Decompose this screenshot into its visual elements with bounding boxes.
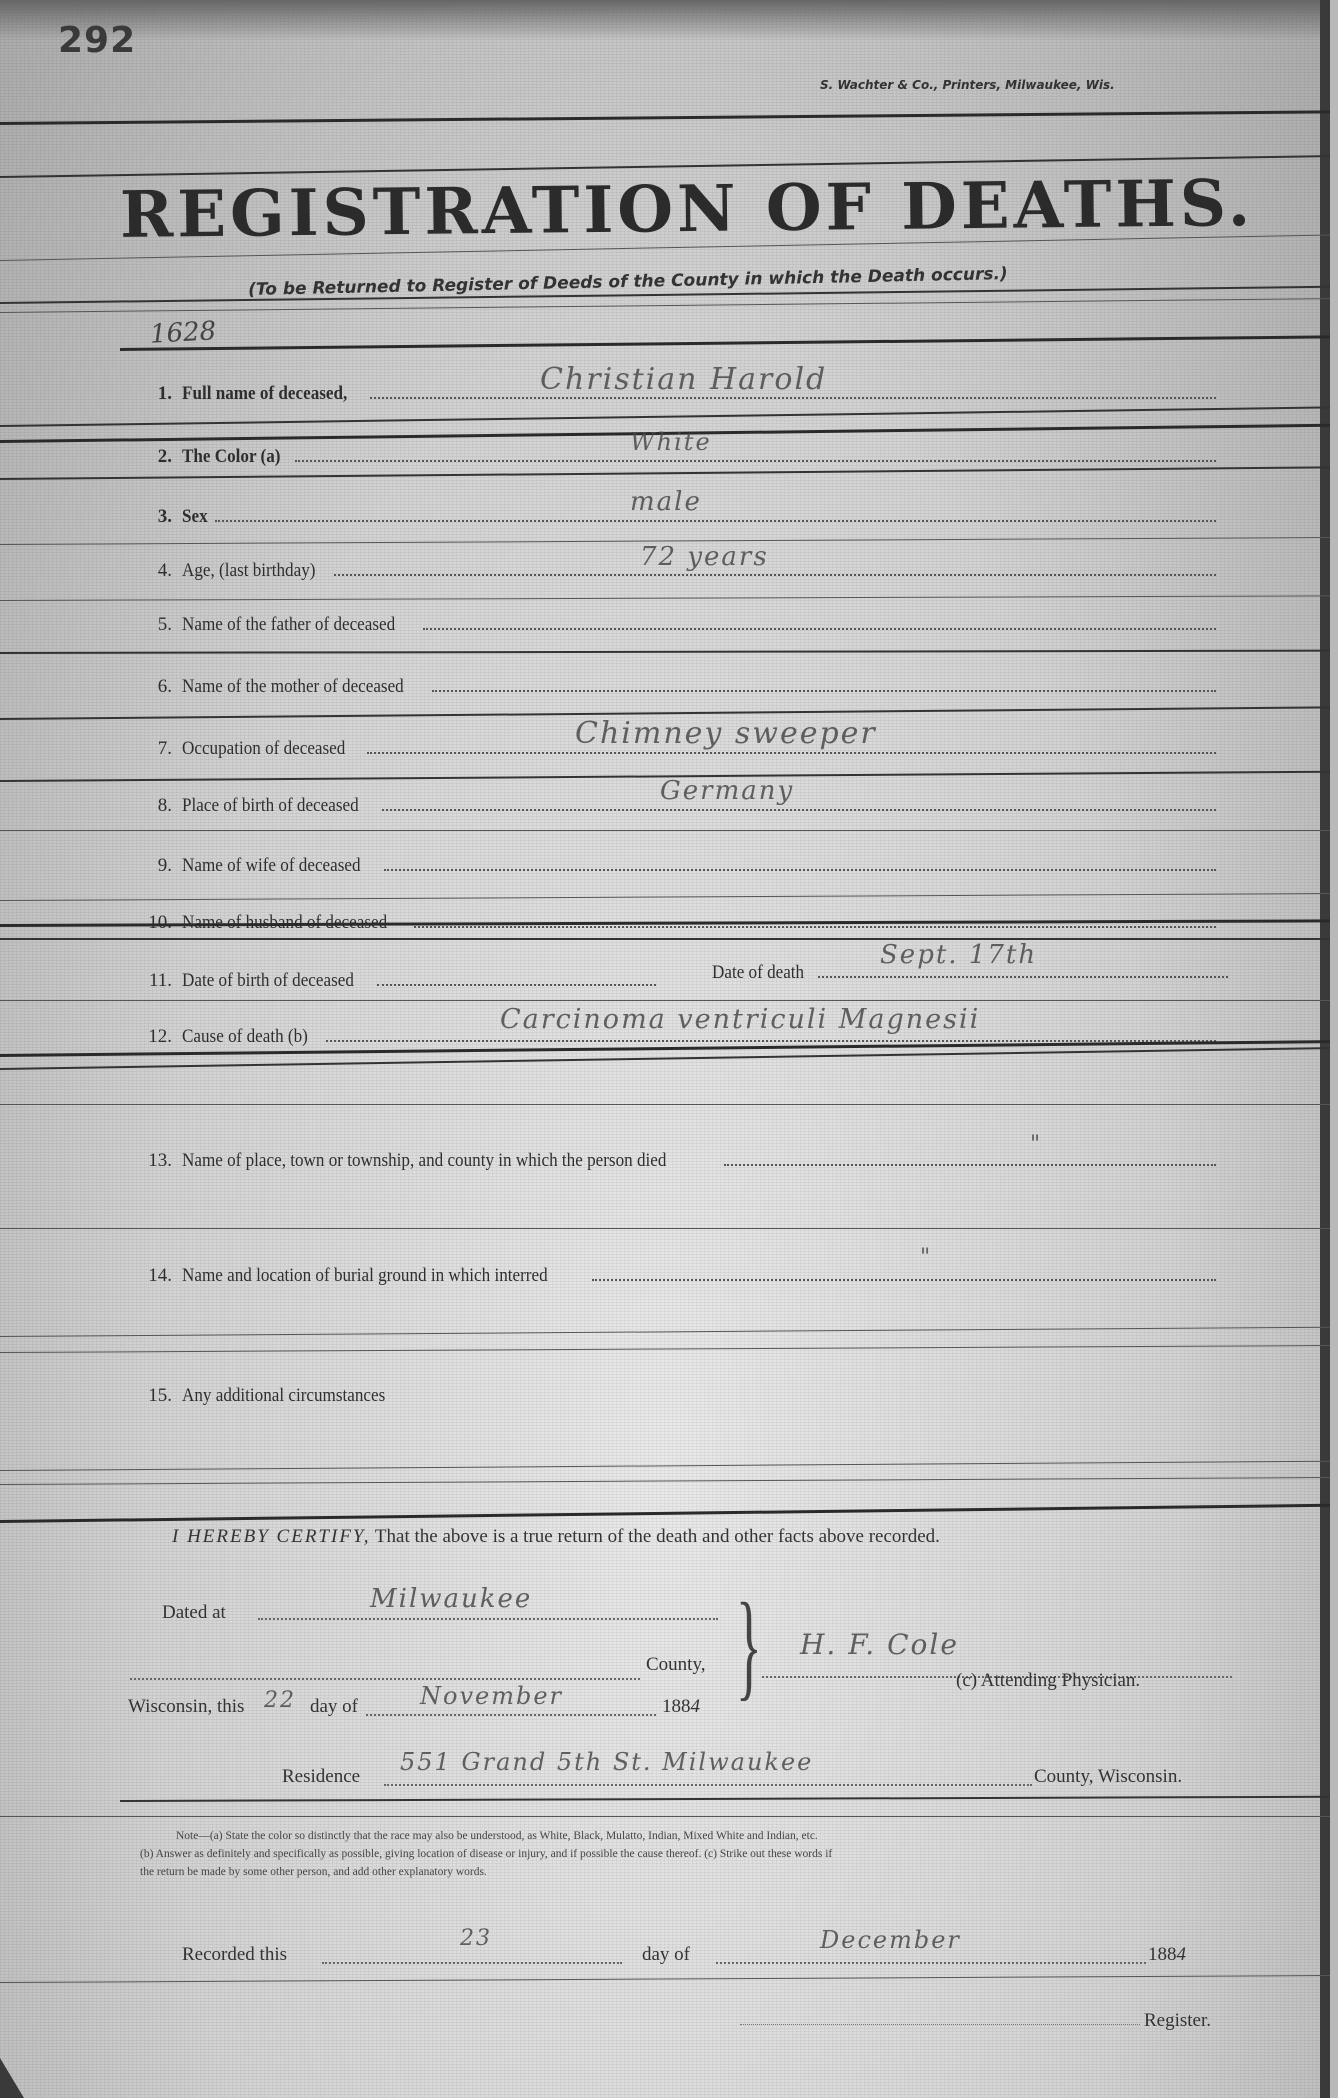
register-signature-line[interactable] (740, 2024, 1140, 2025)
residence-suffix: County, Wisconsin. (1034, 1766, 1182, 1788)
month-line[interactable] (366, 1714, 656, 1716)
year-suffix: 4 (691, 1696, 701, 1717)
row-rule (0, 1000, 1330, 1001)
recorded-month-line[interactable] (716, 1962, 1146, 1964)
printer-imprint: S. Wachter & Co., Printers, Milwaukee, W… (820, 78, 1115, 92)
field-leader (432, 689, 1216, 692)
field-leader (592, 1278, 1216, 1281)
register-label: Register. (1144, 2010, 1211, 2032)
field-label: Name of place, town or township, and cou… (182, 1150, 666, 1172)
field-label: Occupation of deceased (182, 738, 345, 760)
footnote-line-a: Note—(a) State the color so distinctly t… (140, 1827, 1240, 1845)
footnote: Note—(a) State the color so distinctly t… (140, 1827, 1240, 1881)
certify-text: That the above is a true return of the d… (375, 1526, 940, 1547)
row-rule (0, 595, 1330, 601)
recorded-day-value: 23 (460, 1926, 492, 1951)
county-line[interactable] (130, 1678, 640, 1680)
field-number: 2. (120, 446, 172, 468)
brace-symbol: } (736, 1585, 762, 1705)
certification-month-value: November (420, 1682, 563, 1710)
certification-day-value: 22 (264, 1688, 296, 1713)
burial-ground-value: " (920, 1245, 932, 1270)
field-leader (384, 868, 1216, 871)
field-number: 15. (120, 1385, 172, 1407)
field-label: Name of the mother of deceased (182, 676, 404, 698)
field-leader (326, 1039, 1216, 1042)
death-registration-page: 292 S. Wachter & Co., Printers, Milwauke… (0, 0, 1330, 2098)
row-rule (0, 1104, 1330, 1105)
field-birth-date[interactable]: 11. Date of birth of deceased (120, 970, 660, 992)
wisconsin-this-label: Wisconsin, this (128, 1696, 244, 1718)
field-number: 5. (120, 614, 172, 636)
place-of-death-value: " (1030, 1132, 1042, 1157)
field-number: 6. (120, 676, 172, 698)
field-number: 13. (120, 1150, 172, 1172)
page-number: 292 (58, 20, 136, 61)
row-rule (0, 1327, 1330, 1337)
field-father-name[interactable]: 5. Name of the father of deceased (120, 614, 1220, 636)
row-rule (0, 830, 1330, 831)
field-leader (295, 459, 1216, 462)
header-rule (0, 110, 1330, 125)
row-rule (0, 893, 1330, 901)
row-rule (0, 1228, 1330, 1229)
field-mother-name[interactable]: 6. Name of the mother of deceased (120, 676, 1220, 698)
field-number: 4. (120, 560, 172, 582)
county-label: County, (646, 1654, 705, 1676)
year-suffix: 4 (1177, 1944, 1187, 1965)
certify-lead: I HEREBY CERTIFY, (172, 1526, 371, 1547)
occupation-value: Chimney sweeper (575, 716, 877, 751)
field-label: Name and location of burial ground in wh… (182, 1265, 548, 1287)
residence-line[interactable] (384, 1784, 1032, 1786)
field-leader (377, 983, 656, 986)
footnote-line-b: (b) Answer as definitely and specificall… (140, 1845, 1240, 1863)
field-label: Full name of deceased, (182, 383, 347, 405)
field-label: Name of wife of deceased (182, 855, 361, 877)
note-rule (120, 1796, 1330, 1802)
row-rule (0, 1477, 1330, 1485)
field-burial-ground[interactable]: 14. Name and location of burial ground i… (120, 1265, 1220, 1287)
birthplace-value: Germany (660, 776, 794, 806)
field-number: 14. (120, 1265, 172, 1287)
row-rule (0, 650, 1330, 654)
field-label: Place of birth of deceased (182, 795, 359, 817)
field-additional-circumstances[interactable]: 15. Any additional circumstances (120, 1385, 1220, 1407)
field-leader (414, 925, 1216, 928)
death-date-value: Sept. 17th (880, 940, 1037, 970)
registration-underline (120, 335, 1330, 351)
field-label: Date of death (712, 962, 804, 984)
row-rule (0, 406, 1330, 427)
year-prefix: 188 (1148, 1944, 1177, 1965)
field-number: 8. (120, 795, 172, 817)
recorded-this-label: Recorded this (182, 1944, 287, 1966)
dated-at-label: Dated at (162, 1602, 226, 1624)
field-number: 11. (120, 970, 172, 992)
recorded-day-line[interactable] (322, 1962, 622, 1964)
dated-at-line[interactable] (258, 1618, 718, 1620)
residence-label: Residence (282, 1766, 360, 1788)
residence-value: 551 Grand 5th St. Milwaukee (400, 1748, 813, 1776)
field-label: Date of birth of deceased (182, 970, 354, 992)
age-value: 72 years (640, 542, 769, 572)
field-number: 7. (120, 738, 172, 760)
field-leader (334, 573, 1216, 576)
row-rule (0, 938, 1330, 940)
scan-top-shadow (0, 0, 1330, 40)
note-rule-2 (0, 1816, 1330, 1817)
full-name-value: Christian Harold (540, 362, 827, 397)
field-number: 3. (120, 506, 172, 528)
recording-rule (0, 1975, 1330, 1983)
folded-corner (0, 2058, 24, 2098)
registration-number: 1628 (149, 316, 217, 349)
row-rule (0, 1047, 1330, 1070)
recorded-month-value: December (820, 1926, 961, 1954)
field-label: The Color (a) (182, 446, 280, 468)
field-number: 12. (120, 1026, 172, 1048)
field-label: Sex (182, 506, 208, 528)
field-leader (423, 627, 1216, 630)
field-number: 9. (120, 855, 172, 877)
certification-statement: I HEREBY CERTIFY, That the above is a tr… (172, 1526, 940, 1548)
day-of-label: day of (310, 1696, 358, 1718)
row-rule (0, 466, 1330, 480)
row-rule (0, 1461, 1330, 1471)
recorded-year: 1884 (1148, 1944, 1186, 1966)
field-leader (367, 751, 1216, 754)
field-number: 1. (120, 383, 172, 405)
footnote-line-c: the return be made by some other person,… (140, 1863, 1240, 1881)
sex-value: male (630, 487, 702, 517)
color-value: White (630, 428, 712, 456)
field-leader (382, 808, 1216, 811)
certification-year: 1884 (662, 1696, 700, 1718)
row-rule (0, 1345, 1330, 1353)
field-leader (818, 975, 1228, 978)
recorded-day-of-label: day of (642, 1944, 690, 1966)
dated-at-value: Milwaukee (370, 1584, 532, 1614)
field-wife-name[interactable]: 9. Name of wife of deceased (120, 855, 1220, 877)
physician-label: (c) Attending Physician. (956, 1670, 1140, 1692)
field-label: Age, (last birthday) (182, 560, 315, 582)
field-leader (724, 1163, 1216, 1166)
physician-signature: H. F. Cole (800, 1628, 959, 1661)
certification-rule (0, 1504, 1330, 1523)
year-prefix: 188 (662, 1696, 691, 1717)
field-label: Any additional circumstances (182, 1385, 385, 1407)
field-label: Name of the father of deceased (182, 614, 395, 636)
field-leader (215, 519, 1217, 522)
field-place-of-death[interactable]: 13. Name of place, town or township, and… (120, 1150, 1220, 1172)
field-label: Cause of death (b) (182, 1026, 308, 1048)
cause-of-death-value: Carcinoma ventriculi Magnesii (500, 1004, 980, 1035)
